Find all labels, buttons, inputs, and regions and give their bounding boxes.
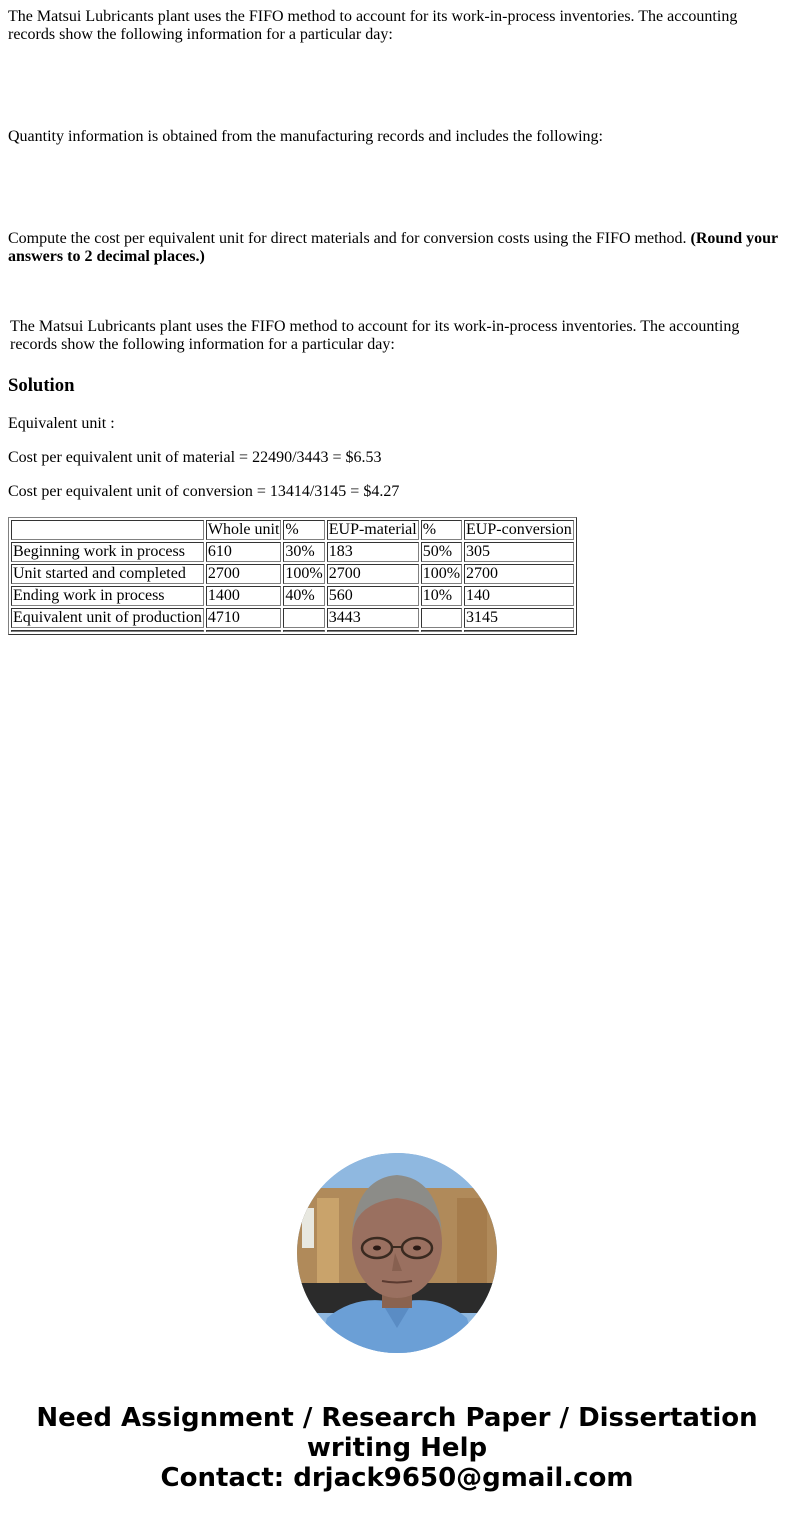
row-label: Unit started and completed bbox=[11, 564, 204, 584]
header-cell: % bbox=[283, 520, 324, 540]
table-cell: 305 bbox=[464, 542, 574, 562]
row-label: Ending work in process bbox=[11, 586, 204, 606]
header-cell: Whole unit bbox=[206, 520, 282, 540]
table-cell: 1400 bbox=[206, 586, 282, 606]
material-cost-line: Cost per equivalent unit of material = 2… bbox=[8, 449, 382, 467]
table-cell: 2700 bbox=[327, 564, 419, 584]
table-cell: 140 bbox=[464, 586, 574, 606]
header-cell: EUP-material bbox=[327, 520, 419, 540]
table-cell bbox=[283, 608, 324, 628]
table-cell: 560 bbox=[327, 586, 419, 606]
empty-cell bbox=[283, 630, 324, 632]
table-cell bbox=[421, 608, 462, 628]
header-cell: EUP-conversion bbox=[464, 520, 574, 540]
empty-cell bbox=[11, 630, 204, 632]
table-row: Beginning work in process 610 30% 183 50… bbox=[11, 542, 574, 562]
table-cell: 50% bbox=[421, 542, 462, 562]
task-plain: Compute the cost per equivalent unit for… bbox=[8, 230, 687, 247]
table-cell: 40% bbox=[283, 586, 324, 606]
row-label: Beginning work in process bbox=[11, 542, 204, 562]
table-row: Unit started and completed 2700 100% 270… bbox=[11, 564, 574, 584]
equivalent-unit-label: Equivalent unit : bbox=[8, 415, 115, 433]
table-row: Equivalent unit of production 4710 3443 … bbox=[11, 608, 574, 628]
quantity-info-text: Quantity information is obtained from th… bbox=[8, 128, 786, 146]
promo-contact: Contact: drjack9650@gmail.com bbox=[0, 1463, 794, 1493]
tutor-photo-icon bbox=[297, 1153, 497, 1353]
table-cell: 30% bbox=[283, 542, 324, 562]
promo-banner: Need Assignment / Research Paper / Disse… bbox=[0, 1403, 794, 1493]
table-cell: 183 bbox=[327, 542, 419, 562]
promo-line-1: Need Assignment / Research Paper / Disse… bbox=[0, 1403, 794, 1433]
task-text: Compute the cost per equivalent unit for… bbox=[8, 230, 786, 266]
empty-cell bbox=[206, 630, 282, 632]
table-cell: 3443 bbox=[327, 608, 419, 628]
header-cell bbox=[11, 520, 204, 540]
table-cell: 610 bbox=[206, 542, 282, 562]
header-cell: % bbox=[421, 520, 462, 540]
table-cell: 4710 bbox=[206, 608, 282, 628]
table-row: Ending work in process 1400 40% 560 10% … bbox=[11, 586, 574, 606]
table-empty-row bbox=[11, 630, 574, 632]
promo-line-2: writing Help bbox=[0, 1433, 794, 1463]
question-intro: The Matsui Lubricants plant uses the FIF… bbox=[8, 8, 786, 44]
empty-cell bbox=[464, 630, 574, 632]
conversion-cost-line: Cost per equivalent unit of conversion =… bbox=[8, 483, 399, 501]
empty-cell bbox=[421, 630, 462, 632]
table-cell: 2700 bbox=[206, 564, 282, 584]
equivalent-units-table: Whole unit % EUP-material % EUP-conversi… bbox=[8, 517, 577, 635]
table-cell: 2700 bbox=[464, 564, 574, 584]
empty-cell bbox=[327, 630, 419, 632]
table-cell: 100% bbox=[421, 564, 462, 584]
table-cell: 10% bbox=[421, 586, 462, 606]
question-intro-repeat: The Matsui Lubricants plant uses the FIF… bbox=[10, 318, 780, 354]
row-label: Equivalent unit of production bbox=[11, 608, 204, 628]
avatar bbox=[297, 1153, 497, 1353]
table-cell: 3145 bbox=[464, 608, 574, 628]
table-header-row: Whole unit % EUP-material % EUP-conversi… bbox=[11, 520, 574, 540]
solution-heading: Solution bbox=[8, 375, 74, 397]
table-cell: 100% bbox=[283, 564, 324, 584]
